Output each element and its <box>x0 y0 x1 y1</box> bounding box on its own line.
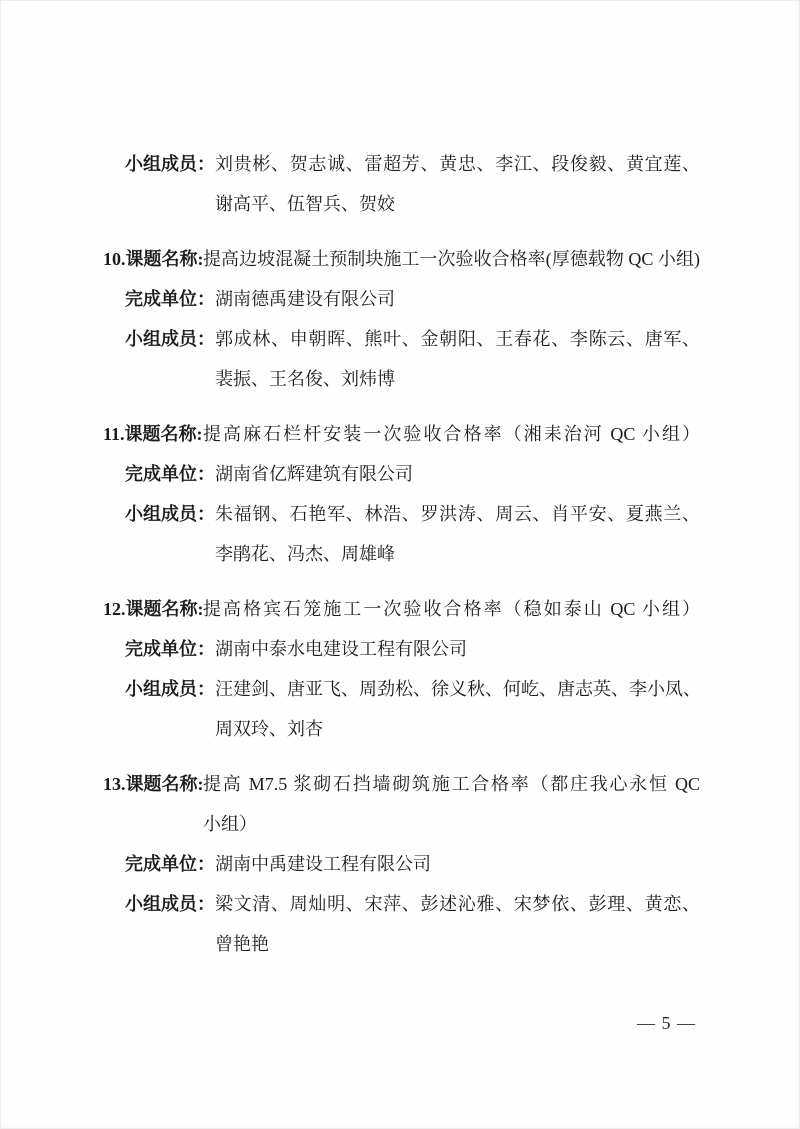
topic-value: 提高 M7.5 浆砌石挡墙砌筑施工合格率（都庄我心永恒 QC 小组） <box>203 764 700 844</box>
members-value: 汪建剑、唐亚飞、周劲松、徐义秋、何屹、唐志英、李小凤、 周双玲、刘杏 <box>215 669 700 749</box>
document-content: 小组成员： 刘贵彬、贺志诚、雷超芳、黄忠、李江、段俊毅、黄宜莲、 谢高平、伍智兵… <box>0 0 800 1034</box>
unit-row: 完成单位： 湖南省亿辉建筑有限公司 <box>103 454 700 494</box>
topic-label-text: 课题名称: <box>126 599 204 619</box>
qc-item-13: 13.课题名称: 提高 M7.5 浆砌石挡墙砌筑施工合格率（都庄我心永恒 QC … <box>103 764 700 964</box>
members-text-line: 汪建剑、唐亚飞、周劲松、徐义秋、何屹、唐志英、李小凤、 <box>215 669 700 709</box>
unit-label: 完成单位： <box>103 844 215 884</box>
topic-text-line: 提高 M7.5 浆砌石挡墙砌筑施工合格率（都庄我心永恒 QC <box>203 764 700 804</box>
topic-row: 13.课题名称: 提高 M7.5 浆砌石挡墙砌筑施工合格率（都庄我心永恒 QC … <box>103 764 700 844</box>
members-label: 小组成员： <box>103 494 215 534</box>
topic-text-line: 小组） <box>203 804 700 844</box>
members-value: 刘贵彬、贺志诚、雷超芳、黄忠、李江、段俊毅、黄宜莲、 谢高平、伍智兵、贺姣 <box>215 144 700 224</box>
topic-label-text: 课题名称: <box>126 774 204 794</box>
unit-text-line: 湖南中泰水电建设工程有限公司 <box>215 629 700 669</box>
topic-text-line: 提高格宾石笼施工一次验收合格率（稳如泰山 QC 小组） <box>203 589 700 629</box>
members-value: 梁文清、周灿明、宋萍、彭述沁雅、宋梦依、彭理、黄恋、 曾艳艳 <box>215 884 700 964</box>
members-label: 小组成员： <box>103 144 215 184</box>
topic-label: 13.课题名称: <box>103 764 203 804</box>
members-label: 小组成员： <box>103 884 215 924</box>
unit-row: 完成单位： 湖南中禹建设工程有限公司 <box>103 844 700 884</box>
topic-label: 12.课题名称: <box>103 589 203 629</box>
unit-value: 湖南省亿辉建筑有限公司 <box>215 454 700 494</box>
members-row: 小组成员： 朱福钢、石艳军、林浩、罗洪涛、周云、肖平安、夏燕兰、 李鹃花、冯杰、… <box>103 494 700 574</box>
unit-label: 完成单位： <box>103 454 215 494</box>
members-row: 小组成员： 梁文清、周灿明、宋萍、彭述沁雅、宋梦依、彭理、黄恋、 曾艳艳 <box>103 884 700 964</box>
unit-row: 完成单位： 湖南中泰水电建设工程有限公司 <box>103 629 700 669</box>
unit-label: 完成单位： <box>103 279 215 319</box>
unit-value: 湖南德禹建设有限公司 <box>215 279 700 319</box>
unit-row: 完成单位： 湖南德禹建设有限公司 <box>103 279 700 319</box>
topic-text-line: 提高边坡混凝土预制块施工一次验收合格率(厚德载物 QC 小组) <box>203 239 700 279</box>
item-number: 10. <box>103 249 126 269</box>
unit-text-line: 湖南中禹建设工程有限公司 <box>215 844 700 884</box>
unit-text-line: 湖南省亿辉建筑有限公司 <box>215 454 700 494</box>
topic-row: 11.课题名称: 提高麻石栏杆安装一次验收合格率（湘耒治河 QC 小组） <box>103 414 700 454</box>
members-label: 小组成员： <box>103 319 215 359</box>
topic-row: 12.课题名称: 提高格宾石笼施工一次验收合格率（稳如泰山 QC 小组） <box>103 589 700 629</box>
topic-label: 11.课题名称: <box>103 414 203 454</box>
unit-label: 完成单位： <box>103 629 215 669</box>
unit-value: 湖南中禹建设工程有限公司 <box>215 844 700 884</box>
topic-value: 提高边坡混凝土预制块施工一次验收合格率(厚德载物 QC 小组) <box>203 239 700 279</box>
members-row: 小组成员： 郭成林、申朝晖、熊叶、金朝阳、王春花、李陈云、唐军、 裴振、王名俊、… <box>103 319 700 399</box>
item-number: 13. <box>103 774 126 794</box>
members-text-line: 朱福钢、石艳军、林浩、罗洪涛、周云、肖平安、夏燕兰、 <box>215 494 700 534</box>
qc-item-11: 11.课题名称: 提高麻石栏杆安装一次验收合格率（湘耒治河 QC 小组） 完成单… <box>103 414 700 574</box>
topic-value: 提高麻石栏杆安装一次验收合格率（湘耒治河 QC 小组） <box>203 414 700 454</box>
members-value: 郭成林、申朝晖、熊叶、金朝阳、王春花、李陈云、唐军、 裴振、王名俊、刘炜博 <box>215 319 700 399</box>
members-text-line: 裴振、王名俊、刘炜博 <box>215 359 700 399</box>
topic-row: 10.课题名称: 提高边坡混凝土预制块施工一次验收合格率(厚德载物 QC 小组) <box>103 239 700 279</box>
members-text-line: 刘贵彬、贺志诚、雷超芳、黄忠、李江、段俊毅、黄宜莲、 <box>215 144 700 184</box>
members-text-line: 谢高平、伍智兵、贺姣 <box>215 184 700 224</box>
unit-text-line: 湖南德禹建设有限公司 <box>215 279 700 319</box>
unit-value: 湖南中泰水电建设工程有限公司 <box>215 629 700 669</box>
members-text-line: 梁文清、周灿明、宋萍、彭述沁雅、宋梦依、彭理、黄恋、 <box>215 884 700 924</box>
members-text-line: 周双玲、刘杏 <box>215 709 700 749</box>
members-row: 小组成员： 汪建剑、唐亚飞、周劲松、徐义秋、何屹、唐志英、李小凤、 周双玲、刘杏 <box>103 669 700 749</box>
page-number: — 5 — <box>103 1012 700 1034</box>
topic-label-text: 课题名称: <box>126 249 204 269</box>
members-label: 小组成员： <box>103 669 215 709</box>
members-text-line: 李鹃花、冯杰、周雄峰 <box>215 534 700 574</box>
members-row-carryover: 小组成员： 刘贵彬、贺志诚、雷超芳、黄忠、李江、段俊毅、黄宜莲、 谢高平、伍智兵… <box>103 144 700 224</box>
members-text-line: 曾艳艳 <box>215 924 700 964</box>
qc-item-10: 10.课题名称: 提高边坡混凝土预制块施工一次验收合格率(厚德载物 QC 小组)… <box>103 239 700 399</box>
topic-label: 10.课题名称: <box>103 239 203 279</box>
qc-item-12: 12.课题名称: 提高格宾石笼施工一次验收合格率（稳如泰山 QC 小组） 完成单… <box>103 589 700 749</box>
topic-label-text: 课题名称: <box>125 424 203 444</box>
item-number: 11. <box>103 424 125 444</box>
item-number: 12. <box>103 599 126 619</box>
document-page: 小组成员： 刘贵彬、贺志诚、雷超芳、黄忠、李江、段俊毅、黄宜莲、 谢高平、伍智兵… <box>0 0 800 1129</box>
topic-text-line: 提高麻石栏杆安装一次验收合格率（湘耒治河 QC 小组） <box>203 414 700 454</box>
members-value: 朱福钢、石艳军、林浩、罗洪涛、周云、肖平安、夏燕兰、 李鹃花、冯杰、周雄峰 <box>215 494 700 574</box>
members-text-line: 郭成林、申朝晖、熊叶、金朝阳、王春花、李陈云、唐军、 <box>215 319 700 359</box>
topic-value: 提高格宾石笼施工一次验收合格率（稳如泰山 QC 小组） <box>203 589 700 629</box>
